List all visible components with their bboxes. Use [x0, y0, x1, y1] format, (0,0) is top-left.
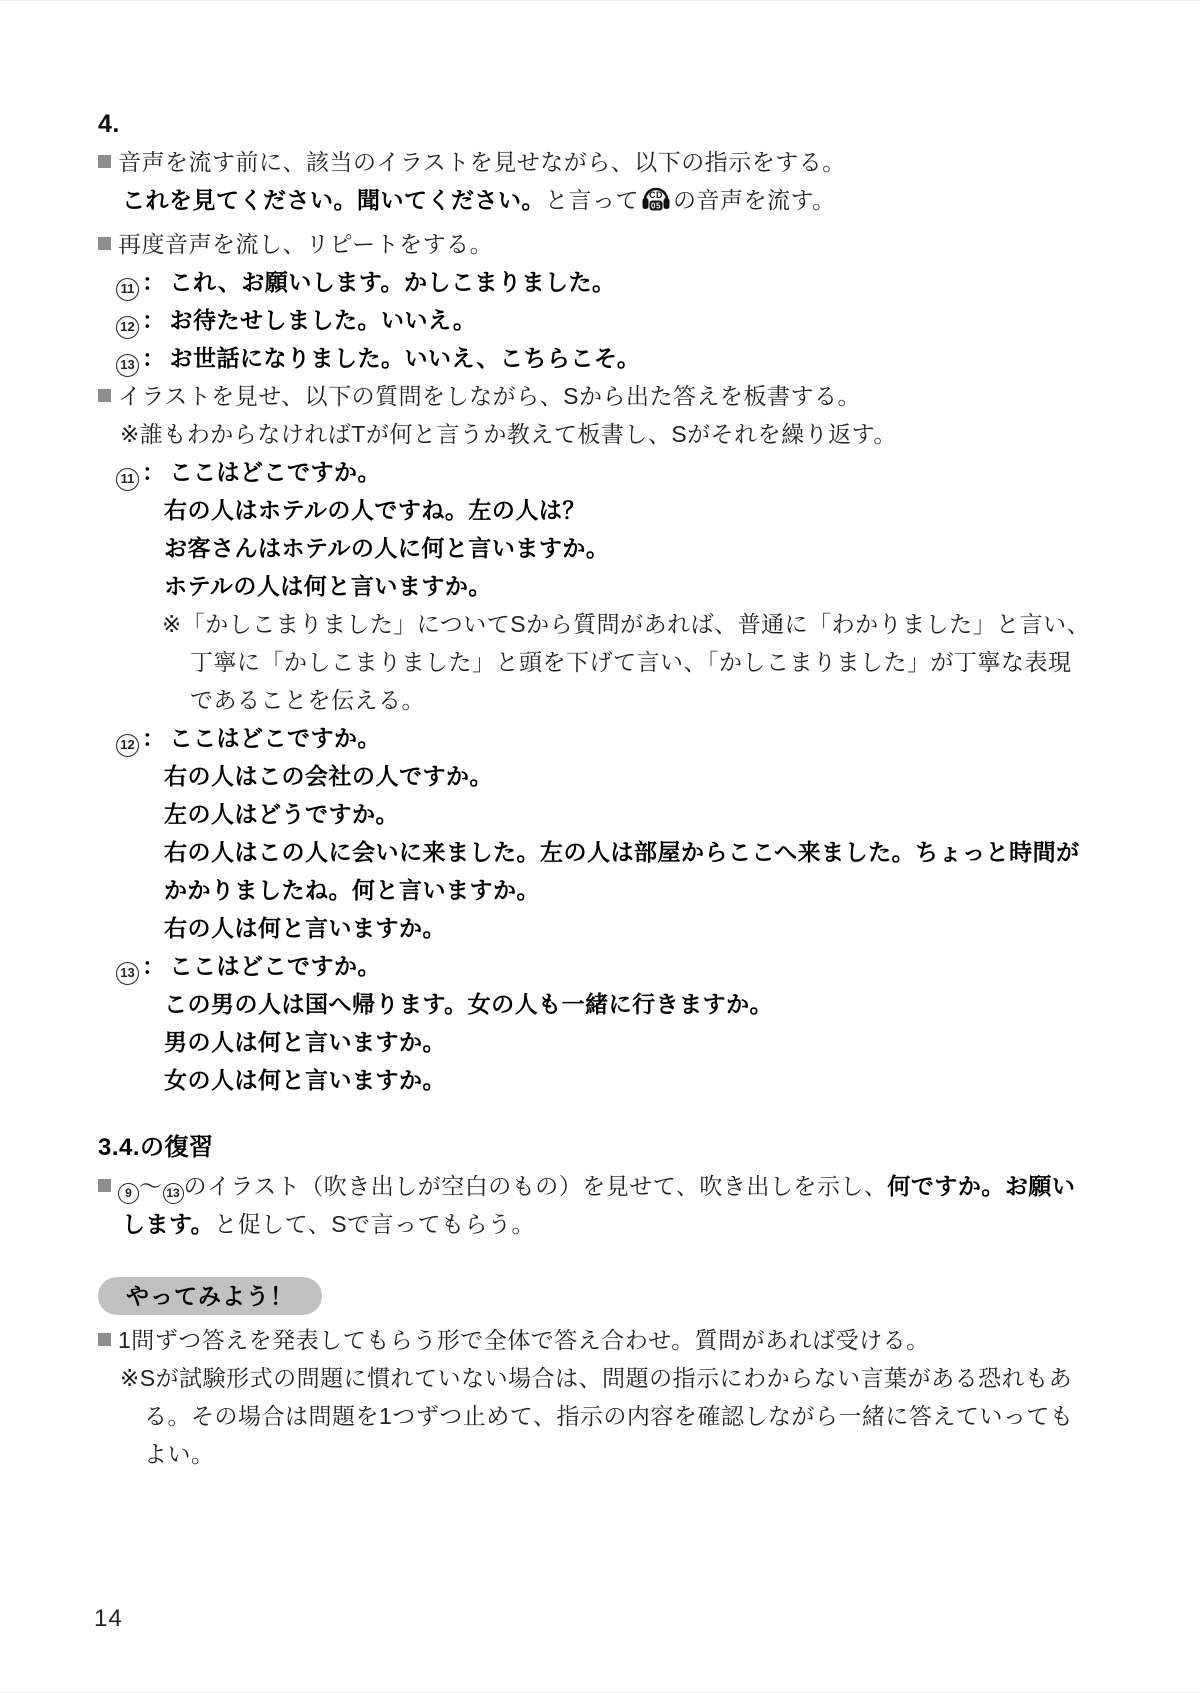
repeat-phrase: これ、お願いします。かしこまりました。: [170, 269, 616, 295]
question-line: この男の人は国へ帰ります。女の人も一緒に行きますか。: [98, 985, 1140, 1023]
question-line: 左の人はどうですか。: [98, 795, 1140, 833]
review-continuation-line: します。と促して、Sで言ってもらう。: [98, 1205, 1140, 1243]
bullet-square-icon: [98, 237, 111, 250]
colon: ：: [139, 725, 170, 751]
note-line: であることを伝える。: [98, 681, 1140, 719]
colon: ：: [139, 269, 170, 295]
instruction-mid-text: と言って: [545, 187, 639, 213]
bullet-text: イラストを見せ、以下の質問をしながら、Sから出た答えを板書する。: [118, 383, 861, 409]
circled-number-icon: 13: [116, 354, 139, 377]
bullet-square-icon: [98, 1333, 111, 1346]
question-line: お客さんはホテルの人に何と言いますか。: [98, 529, 1140, 567]
try-badge-row: やってみよう！: [98, 1243, 1140, 1321]
try-it-badge: やってみよう！: [98, 1277, 322, 1315]
circled-number-icon: 9: [118, 1183, 139, 1204]
circled-number-icon: 13: [116, 962, 139, 985]
note-line: よい。: [98, 1435, 1140, 1473]
headphones-cd-track-icon: CD05: [641, 184, 671, 225]
page-content: 4. 音声を流す前に、該当のイラストを見せながら、以下の指示をする。 これを見て…: [98, 105, 1140, 1473]
bullet-square-icon: [98, 155, 111, 168]
question-line: 右の人はホテルの人ですね。左の人は？: [98, 491, 1140, 529]
teacher-guide-page: 4. 音声を流す前に、該当のイラストを見せながら、以下の指示をする。 これを見て…: [0, 0, 1200, 1693]
bullet-text: 音声を流す前に、該当のイラストを見せながら、以下の指示をする。: [118, 149, 846, 175]
note-line: 丁寧に「かしこまりました」と頭を下げて言い、「かしこまりました」が丁寧な表現: [98, 643, 1140, 681]
question-line: 女の人は何と言いますか。: [98, 1061, 1140, 1099]
svg-text:CD: CD: [649, 190, 663, 200]
question-line: かかりましたね。何と言いますか。: [98, 871, 1140, 909]
bullet-text: 再度音声を流し、リピートをする。: [118, 231, 493, 257]
instruction-bold-text: これを見てください。聞いてください。: [122, 187, 545, 213]
bullet-square-icon: [98, 1179, 111, 1192]
circled-number-icon: 12: [116, 734, 139, 757]
instruction-line: これを見てください。聞いてください。と言ってCD05の音声を流す。: [98, 181, 1140, 225]
question-text: ここはどこですか。: [170, 459, 382, 485]
question-item: 11：ここはどこですか。: [98, 453, 1140, 491]
colon: ：: [139, 459, 170, 485]
section-number: 4.: [98, 105, 1140, 143]
question-line: 右の人は何と言いますか。: [98, 909, 1140, 947]
colon: ：: [139, 307, 170, 333]
colon: ：: [139, 345, 170, 371]
repeat-item: 13：お世話になりました。いいえ、こちらこそ。: [98, 339, 1140, 377]
question-line: 男の人は何と言いますか。: [98, 1023, 1140, 1061]
question-text: ここはどこですか。: [170, 953, 382, 979]
repeat-item: 11：これ、お願いします。かしこまりました。: [98, 263, 1140, 301]
note-line: る。その場合は問題を1つずつ止めて、指示の内容を確認しながら一緒に答えていっても: [98, 1397, 1140, 1435]
question-item: 13：ここはどこですか。: [98, 947, 1140, 985]
bullet-line-repeat: 再度音声を流し、リピートをする。: [98, 225, 1140, 263]
repeat-phrase: お世話になりました。いいえ、こちらこそ。: [170, 345, 641, 371]
review-text: のイラスト（吹き出しが空白のもの）を見せて、吹き出しを示し、: [184, 1173, 888, 1199]
question-line: ホテルの人は何と言いますか。: [98, 567, 1140, 605]
page-number: 14: [94, 1605, 123, 1633]
repeat-item: 12：お待たせしました。いいえ。: [98, 301, 1140, 339]
try-bullet-line: 1問ずつ答えを発表してもらう形で全体で答え合わせ。質問があれば受ける。: [98, 1321, 1140, 1359]
circled-number-icon: 11: [116, 468, 139, 491]
range-tilde: 〜: [139, 1173, 163, 1199]
bullet-line-show-illustration: イラストを見せ、以下の質問をしながら、Sから出た答えを板書する。: [98, 377, 1140, 415]
review-bold-text: します。: [122, 1211, 214, 1237]
review-heading: 3.4.の復習: [98, 1129, 1140, 1167]
note-line: ※誰もわからなければTが何と言うか教えて板書し、Sがそれを繰り返す。: [98, 415, 1140, 453]
note-line: ※「かしこまりました」についてSから質問があれば、普通に「わかりました」と言い、: [98, 605, 1140, 643]
bullet-line-play-audio: 音声を流す前に、該当のイラストを見せながら、以下の指示をする。: [98, 143, 1140, 181]
instruction-tail-text: の音声を流す。: [673, 187, 836, 213]
review-bold-text: 何ですか。お願い: [887, 1173, 1075, 1199]
question-line: 右の人はこの人に会いに来ました。左の人は部屋からここへ来ました。ちょっと時間が: [98, 833, 1140, 871]
question-item: 12：ここはどこですか。: [98, 719, 1140, 757]
review-text: と促して、Sで言ってもらう。: [214, 1211, 535, 1237]
bullet-square-icon: [98, 389, 111, 402]
note-line: ※Sが試験形式の問題に慣れていない場合は、問題の指示にわからない言葉がある恐れも…: [98, 1359, 1140, 1397]
circled-number-icon: 11: [116, 278, 139, 301]
circled-number-icon: 13: [163, 1183, 184, 1204]
question-line: 右の人はこの会社の人ですか。: [98, 757, 1140, 795]
circled-number-icon: 12: [116, 316, 139, 339]
svg-text:05: 05: [651, 202, 661, 211]
review-bullet-line: 9〜13のイラスト（吹き出しが空白のもの）を見せて、吹き出しを示し、何ですか。お…: [98, 1167, 1140, 1205]
question-text: ここはどこですか。: [170, 725, 382, 751]
colon: ：: [139, 953, 170, 979]
repeat-phrase: お待たせしました。いいえ。: [170, 307, 477, 333]
try-bullet-text: 1問ずつ答えを発表してもらう形で全体で答え合わせ。質問があれば受ける。: [118, 1327, 930, 1353]
